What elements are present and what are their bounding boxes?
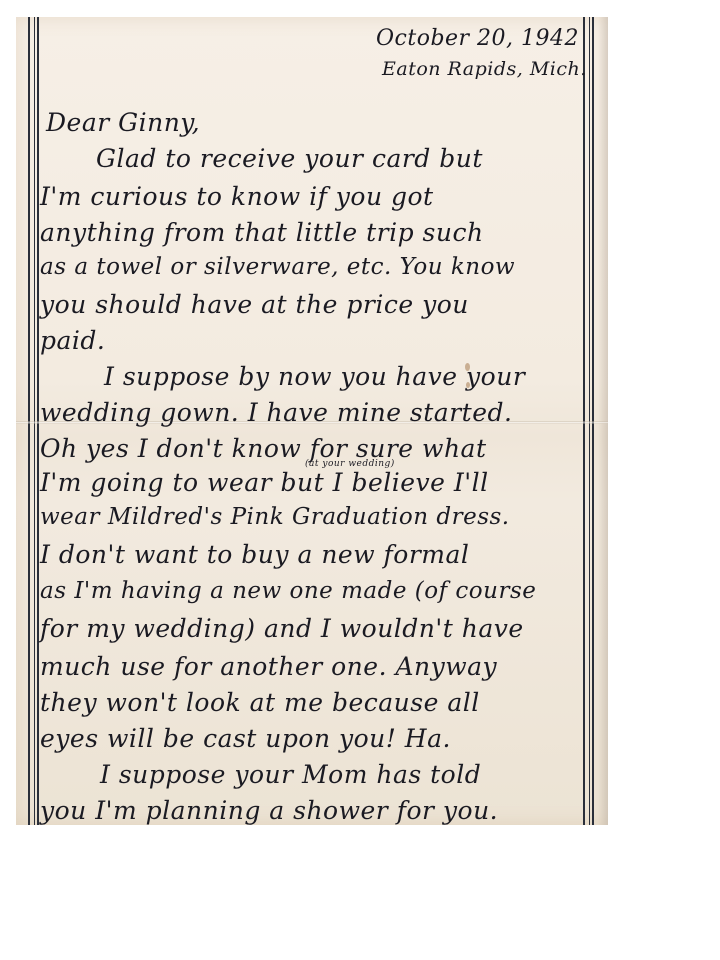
letter-line: paid. [40, 326, 105, 355]
letter-line: as a towel or silverware, etc. You know [40, 254, 515, 280]
letter-line: as I'm having a new one made (of course [40, 578, 536, 604]
letter-place: Eaton Rapids, Mich. [382, 58, 587, 80]
letter-line: Glad to receive your card but [96, 144, 483, 173]
letter-salutation: Dear Ginny, [46, 108, 200, 137]
letter-line: I suppose your Mom has told [100, 760, 481, 789]
letter-line: eyes will be cast upon you! Ha. [40, 724, 451, 753]
letter-line: I'm curious to know if you got [40, 182, 434, 211]
letter-line: I don't want to buy a new formal [40, 540, 469, 569]
letter-line: you should have at the price you [40, 290, 469, 319]
letter-line: I'm going to wear but I believe I'll [40, 468, 489, 497]
letter-line: I suppose by now you have your [104, 362, 525, 391]
letter-line: wear Mildred's Pink Graduation dress. [40, 504, 510, 530]
letter-line: you I'm planning a shower for you. [40, 796, 498, 825]
letter-line: much use for another one. Anyway [40, 652, 497, 681]
letter-line: Oh yes I don't know for sure what [40, 434, 487, 463]
letter-line: for my wedding) and I wouldn't have [40, 614, 524, 643]
letter-date: October 20, 1942 [376, 26, 579, 51]
letter-line: wedding gown. I have mine started. [40, 398, 512, 427]
letter-line: they won't look at me because all [40, 688, 480, 717]
letter-line: anything from that little trip such [40, 218, 484, 247]
